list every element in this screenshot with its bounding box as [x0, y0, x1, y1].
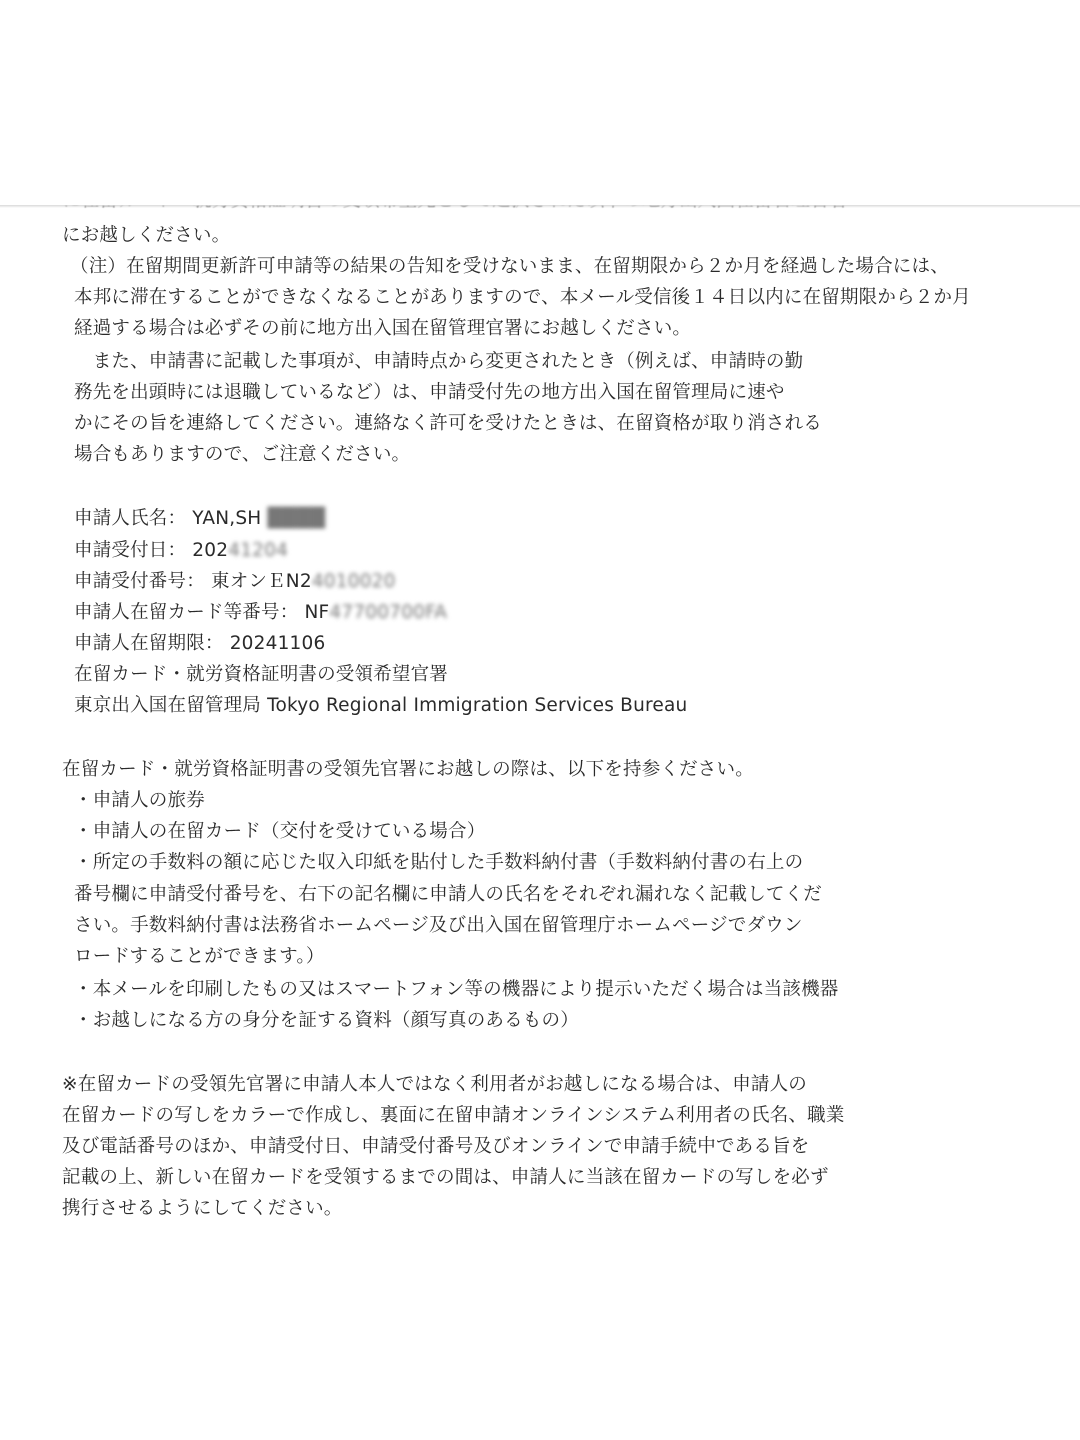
card-number-row: 申請人在留カード等番号： NF47700700FA: [74, 600, 447, 626]
applicant-name-redacted: ████: [267, 506, 325, 532]
card-number-value: NF: [305, 602, 330, 623]
card-number-redacted: 47700700FA: [329, 600, 447, 626]
proxy-line-3: 及び電話番号のほか、申請受付日、申請受付番号及びオンラインで申請手続中である旨を: [62, 1134, 809, 1160]
note-line-1: （注）在留期間更新許可申請等の結果の告知を受けないまま、在留期限から２か月を経過…: [70, 254, 949, 280]
change-line-3: かにその旨を連絡してください。連絡なく許可を受けたときは、在留資格が取り消される: [74, 411, 822, 437]
bring-line-1: ・申請人の旅券: [74, 788, 205, 814]
expiry-label: 申請人在留期限：: [74, 633, 224, 654]
proxy-line-4: 記載の上、新しい在留カードを受領するまでの間は、申請人に当該在留カードの写しを必…: [62, 1165, 829, 1191]
change-line-4: 場合もありますので、ご注意ください。: [74, 442, 410, 468]
receipt-number-redacted: 4010020: [312, 569, 396, 595]
change-line-2: 務先を出頭時には退職しているなど）は、申請受付先の地方出入国在留管理局に速や: [74, 380, 785, 406]
bring-line-3: ・所定の手数料の額に応じた収入印紙を貼付した手数料納付書（手数料納付書の右上の: [74, 850, 803, 876]
receipt-date-redacted: 41204: [228, 538, 288, 564]
note-line-3: 経過する場合は必ずその前に地方出入国在留管理官署にお越しください。: [74, 316, 691, 342]
office-heading: 在留カード・就労資格証明書の受領希望官署: [74, 662, 448, 688]
proxy-line-5: 携行させるようにしてください。: [62, 1196, 343, 1222]
proxy-line-1: ※在留カードの受領先官署に申請人本人ではなく利用者がお越しになる場合は、申請人の: [62, 1072, 807, 1098]
header-blank-area: [0, 0, 1080, 205]
applicant-name-label: 申請人氏名：: [74, 508, 186, 529]
receipt-number-label: 申請受付番号：: [74, 571, 205, 592]
applicant-name-row: 申請人氏名： YAN,SH ████: [74, 506, 325, 532]
proxy-line-2: 在留カードの写しをカラーで作成し、裏面に在留申請オンラインシステム利用者の氏名、…: [62, 1103, 845, 1129]
bring-heading: 在留カード・就労資格証明書の受領先官署にお越しの際は、以下を持参ください。: [62, 757, 754, 783]
bring-line-2: ・申請人の在留カード（交付を受けている場合）: [74, 819, 485, 845]
change-line-1: また、申請書に記載した事項が、申請時点から変更されたとき（例えば、申請時の勤: [74, 349, 803, 375]
card-number-label: 申請人在留カード等番号：: [74, 602, 298, 623]
receipt-date-label: 申請受付日：: [74, 540, 186, 561]
note-line-2: 本邦に滞在することができなくなることがありますので、本メール受信後１４日以内に在…: [74, 285, 971, 311]
receipt-date-row: 申請受付日： 20241204: [74, 538, 288, 564]
bring-line-6: ロードすることができます。）: [74, 944, 325, 970]
bring-line-4: 番号欄に申請受付番号を、右下の記名欄に申請人の氏名をそれぞれ漏れなく記載してくだ: [74, 882, 822, 908]
receipt-date-value: 202: [192, 540, 228, 561]
expiry-row: 申請人在留期限： 20241106: [74, 631, 325, 657]
bring-line-5: さい。手数料納付書は法務省ホームページ及び出入国在留管理庁ホームページでダウン: [74, 913, 803, 939]
expiry-value: 20241106: [230, 633, 326, 654]
header-divider: [0, 205, 1080, 208]
intro-end: にお越しください。: [62, 223, 230, 249]
office-value: 東京出入国在留管理局 Tokyo Regional Immigration Se…: [74, 693, 687, 719]
receipt-number-value: 東オンＥN2: [211, 571, 312, 592]
bring-line-7: ・本メールを印刷したもの又はスマートフォン等の機器により提示いただく場合は当該機…: [74, 977, 838, 1003]
applicant-name-value: YAN,SH: [192, 508, 261, 529]
receipt-number-row: 申請受付番号： 東オンＥN24010020: [74, 569, 396, 595]
bring-line-8: ・お越しになる方の身分を証する資料（顔写真のあるもの）: [74, 1008, 579, 1034]
